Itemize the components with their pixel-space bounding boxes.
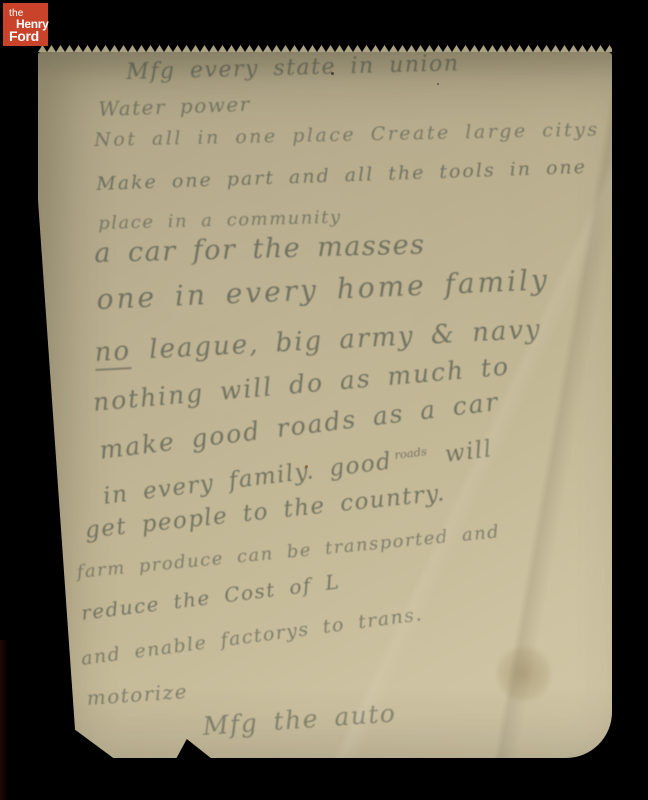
handwriting-line-6: a car for the masses xyxy=(94,231,426,267)
line-text: Mfg every state in union xyxy=(126,51,460,85)
line-text: a car for the masses xyxy=(94,229,426,269)
handwriting-line-3: Not all in one place Create large citys xyxy=(94,120,600,150)
handwriting-line-5: place in a community xyxy=(98,209,342,233)
perforation-teeth xyxy=(38,45,612,52)
logo-word-ford: Ford xyxy=(9,28,39,44)
handwriting-line-16: motorize xyxy=(86,681,189,708)
paper-speck xyxy=(437,83,439,85)
handwriting-line-7: one in every home family xyxy=(96,266,550,314)
line-text: Make one part and all the tools in one xyxy=(96,156,587,195)
line-text: Not all in one place Create large citys xyxy=(94,118,600,151)
edge-light-leak xyxy=(0,640,8,800)
handwriting-line-17: Mfg the auto xyxy=(202,700,397,738)
photo-stage: Mfg every state in union Water power Not… xyxy=(0,0,648,800)
handwriting-line-14: reduce the Cost of L xyxy=(80,571,341,623)
line-text: motorize xyxy=(86,679,189,710)
underlined-word: no xyxy=(94,336,132,371)
inserted-word: roads xyxy=(394,445,428,463)
line-text: will xyxy=(429,436,494,469)
line-text: Mfg the auto xyxy=(202,698,397,740)
handwriting-line-2: Water power xyxy=(98,94,251,119)
perforated-edge xyxy=(38,45,612,52)
line-text: place in a community xyxy=(98,207,342,234)
notebook-page: Mfg every state in union Water power Not… xyxy=(38,52,612,758)
line-text: Water power xyxy=(98,92,251,121)
line-text: one in every home family xyxy=(96,263,551,316)
paper-stain xyxy=(495,645,553,703)
handwriting-line-1: Mfg every state in union xyxy=(126,53,460,84)
henry-ford-logo: the Henry Ford xyxy=(3,3,48,46)
handwriting-line-4: Make one part and all the tools in one xyxy=(96,158,587,194)
